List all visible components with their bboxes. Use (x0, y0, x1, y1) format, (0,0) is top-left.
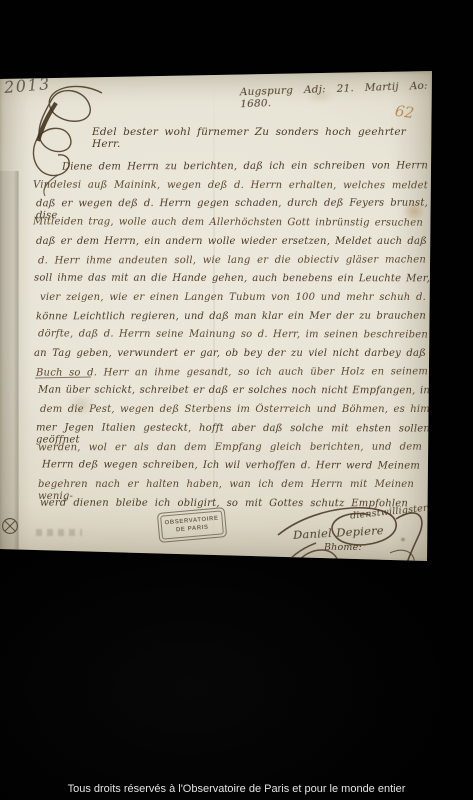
handwritten-line: könne Leichtlich regieren, und daß man k… (36, 310, 426, 323)
handwritten-line: werden, wol er als dan dem Empfang gleic… (38, 441, 422, 454)
handwritten-line: dem die Pest, wegen deß Sterbens im Öste… (40, 404, 430, 416)
handwritten-line: dörfte, daß d. Herrn seine Mainung so d.… (38, 329, 428, 342)
folio-number: 62 (394, 102, 415, 122)
handwritten-line: Man über schickt, schreibet er daß er so… (38, 385, 430, 398)
handwritten-line: Diene dem Herrn zu berichten, daß ich ei… (62, 160, 428, 173)
handwritten-line: Vindelesi auß Mainink, wegen deß d. Herr… (33, 179, 428, 192)
handwritten-line: d. Herr ihme andeuten soll, wie lang er … (38, 254, 426, 267)
stamp-line-2: DE PARIS (176, 524, 209, 534)
handwritten-line: Herrn deß wegen schreiben, Ich wil verho… (42, 460, 420, 473)
left-fold-guard (0, 171, 19, 549)
handwritten-line: vier zeigen, wie er einen Langen Tubum v… (40, 292, 426, 304)
handwritten-line: daß er dem Herrn, ein andern wolle wiede… (36, 236, 427, 248)
signature-subscript: Bhome: (324, 542, 384, 554)
letter-greeting: Edel bester wohl fürnemer Zu sonders hoc… (92, 126, 406, 150)
handwritten-line: an Tag geben, verwundert er gar, ob bey … (34, 348, 426, 360)
collation-cross-icon (1, 517, 19, 535)
handwritten-line: soll ihme das mit an die Hande gehen, au… (34, 273, 430, 286)
photo-canvas: 2013 Augspurg Adj: 21. Martij Ao: 1680. … (0, 0, 473, 800)
observatoire-stamp: OBSERVATOIRE DE PARIS (157, 507, 227, 543)
faint-pencil-marks (36, 529, 82, 536)
handwritten-line: Buch so d. Herr an ihme gesandt, so ich … (36, 366, 428, 379)
manuscript-page: 2013 Augspurg Adj: 21. Martij Ao: 1680. … (0, 71, 433, 562)
copyright-caption: Tous droits réservés à l'Observatoire de… (0, 783, 473, 796)
handwritten-line: Mitleiden trag, wolle auch dem Allerhöch… (33, 216, 423, 229)
